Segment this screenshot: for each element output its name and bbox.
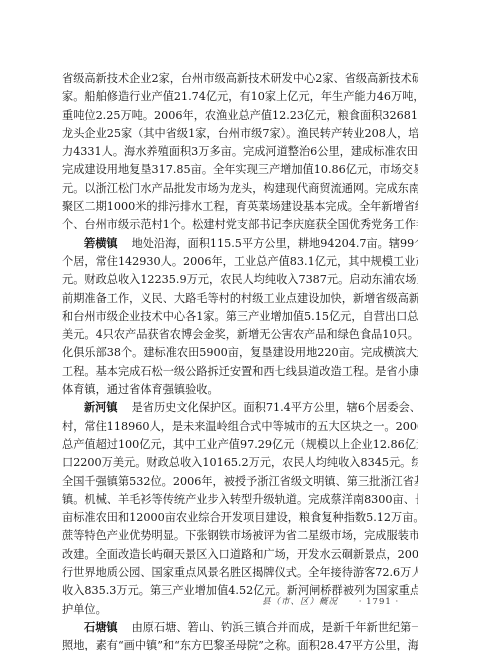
text-line: 元。财政总收入12235.9万元，农民人均纯收入7387元。启动东浦农场工业集聚… bbox=[62, 271, 418, 289]
text-line: 个居，常住142930人。2006年，工业总产值83.1亿元，其中规模工业产值1… bbox=[62, 253, 418, 271]
text-run: 是省历史文化保护区。面积71.4平方公里，辖6个居委会、89个行政 bbox=[132, 401, 418, 414]
text-run: 地处沿海，面积115.5平方公里，耕地94204.7亩。辖99个行政村、15 bbox=[132, 237, 418, 250]
text-line: 亩标准农田和12000亩农业综合开发项目建设，粮食复种指数5.12万亩。茭白、果 bbox=[62, 509, 418, 527]
text-line: 蔗等特色产业优势明显。下张钢铁市场被评为省二星级市场，完成服装市场一期 bbox=[62, 527, 418, 545]
text-line: 照地，素有“画中镇”和“东方巴黎圣母院”之称。面积28.47平方公里，海岸线长 bbox=[62, 637, 418, 651]
text-line: 改建。全面改造长屿硐天景区入口道路和广场，开发水云硐新景点，2006年12月举 bbox=[62, 546, 418, 564]
text-line: 个、台州市级示范村1个。松建村党支部书记李庆庭获全国优秀党务工作者称号。 bbox=[62, 216, 418, 234]
town-heading: 新河镇 bbox=[84, 401, 118, 414]
text-line: 前期准备工作，义民、大路毛等村的村级工业点建设加快，新增省级高新技术企业 bbox=[62, 290, 418, 308]
text-line: 行世界地质公园、国家重点风景名胜区揭牌仪式。全年接待游客72.6万人次，门票 bbox=[62, 564, 418, 582]
text-line: 元。以浙江松门水产品批发市场为龙头，构建现代商贸流通网。完成东南工业集 bbox=[62, 180, 418, 198]
text-line: 箬横镇地处沿海，面积115.5平方公里，耕地94204.7亩。辖99个行政村、1… bbox=[62, 235, 418, 253]
text-line: 化俱乐部38个。建标准农田5900亩，复垦建设用地220亩。完成横滨大道南延硬化 bbox=[62, 344, 418, 362]
text-line: 新河镇是省历史文化保护区。面积71.4平方公里，辖6个居委会、89个行政 bbox=[62, 399, 418, 417]
text-line: 工程。基本完成石松一级公路拆迁安置和西七线县道改造工程。是省小康型老年 bbox=[62, 363, 418, 381]
text-line: 聚区二期1000米的排污排水工程，育英菜场建设基本完成。全年新增省级示范村1 bbox=[62, 198, 418, 216]
text-line: 省级高新技术企业2家，台州市级高新技术研发中心2家、省级高新技术研发中心3 bbox=[62, 70, 418, 88]
paragraph-xinhe-town: 新河镇是省历史文化保护区。面积71.4平方公里，辖6个居委会、89个行政 村，常… bbox=[62, 399, 418, 619]
page-footer: 县（市、区）概况 · 1791 · bbox=[262, 595, 399, 607]
text-line: 镇。机械、羊毛衫等传统产业步入转型升级轨道。完成蔡洋南8300亩、长屿片3500 bbox=[62, 491, 418, 509]
text-line: 完成建设用地复垦317.85亩。全年实现三产增加值10.86亿元，市场交易额28… bbox=[62, 161, 418, 179]
paragraph-intro-continued: 省级高新技术企业2家，台州市级高新技术研发中心2家、省级高新技术研发中心3 家。… bbox=[62, 70, 418, 235]
text-line: 体育镇，通过省体育强镇验收。 bbox=[62, 381, 418, 399]
text-line: 总产值超过100亿元，其中工业产值97.29亿元（规模以上企业12.86亿元），… bbox=[62, 436, 418, 454]
paragraph-ruoheng-town: 箬横镇地处沿海，面积115.5平方公里，耕地94204.7亩。辖99个行政村、1… bbox=[62, 235, 418, 400]
text-run: 由原石塘、箬山、钓浜三镇合并而成，是新千年新世纪第一缕曙光首 bbox=[132, 621, 418, 634]
text-line: 美元。4只农产品获省农博会金奖，新增无公害农产品和绿色食品10只。建基层文 bbox=[62, 326, 418, 344]
text-line: 石塘镇由原石塘、箬山、钓浜三镇合并而成，是新千年新世纪第一缕曙光首 bbox=[62, 619, 418, 637]
text-line: 全国千强镇第532位。2006年，被授予浙江省级文明镇、第三批浙江省基层科普示范 bbox=[62, 473, 418, 491]
text-line: 口2200万美元。财政总收入10165.2万元，农民人均纯收入8345元。综合实… bbox=[62, 454, 418, 472]
text-line: 村，常住118960人，是未来温岭组合式中等城市的五大区块之一。2006年，工农… bbox=[62, 418, 418, 436]
text-line: 家。船舶修造行业产值21.74亿元，有10家上亿元，年生产能力46万吨，船只最高… bbox=[62, 88, 418, 106]
paragraph-shitang-town: 石塘镇由原石塘、箬山、钓浜三镇合并而成，是新千年新世纪第一缕曙光首 照地，素有“… bbox=[62, 619, 418, 651]
text-line: 和台州市级企业技术中心各1家。第三产业增加值5.15亿元，自营出口总额2200万 bbox=[62, 308, 418, 326]
section-title: 县（市、区）概况 bbox=[262, 597, 338, 607]
page-number: · 1791 · bbox=[359, 597, 399, 607]
document-body: 省级高新技术企业2家，台州市级高新技术研发中心2家、省级高新技术研发中心3 家。… bbox=[62, 70, 418, 651]
town-heading: 石塘镇 bbox=[84, 621, 118, 634]
text-line: 龙头企业25家（其中省级1家，台州市级7家）。渔民转产转业208人，培训农村劳动 bbox=[62, 125, 418, 143]
text-line: 力4331人。海水养殖面积3万多亩。完成河道整治6公里，建成标准农田1326亩， bbox=[62, 143, 418, 161]
town-heading: 箬横镇 bbox=[84, 237, 118, 250]
text-line: 重吨位2.25万吨。2006年，农渔业总产值12.23亿元，粮食面积32681亩… bbox=[62, 107, 418, 125]
